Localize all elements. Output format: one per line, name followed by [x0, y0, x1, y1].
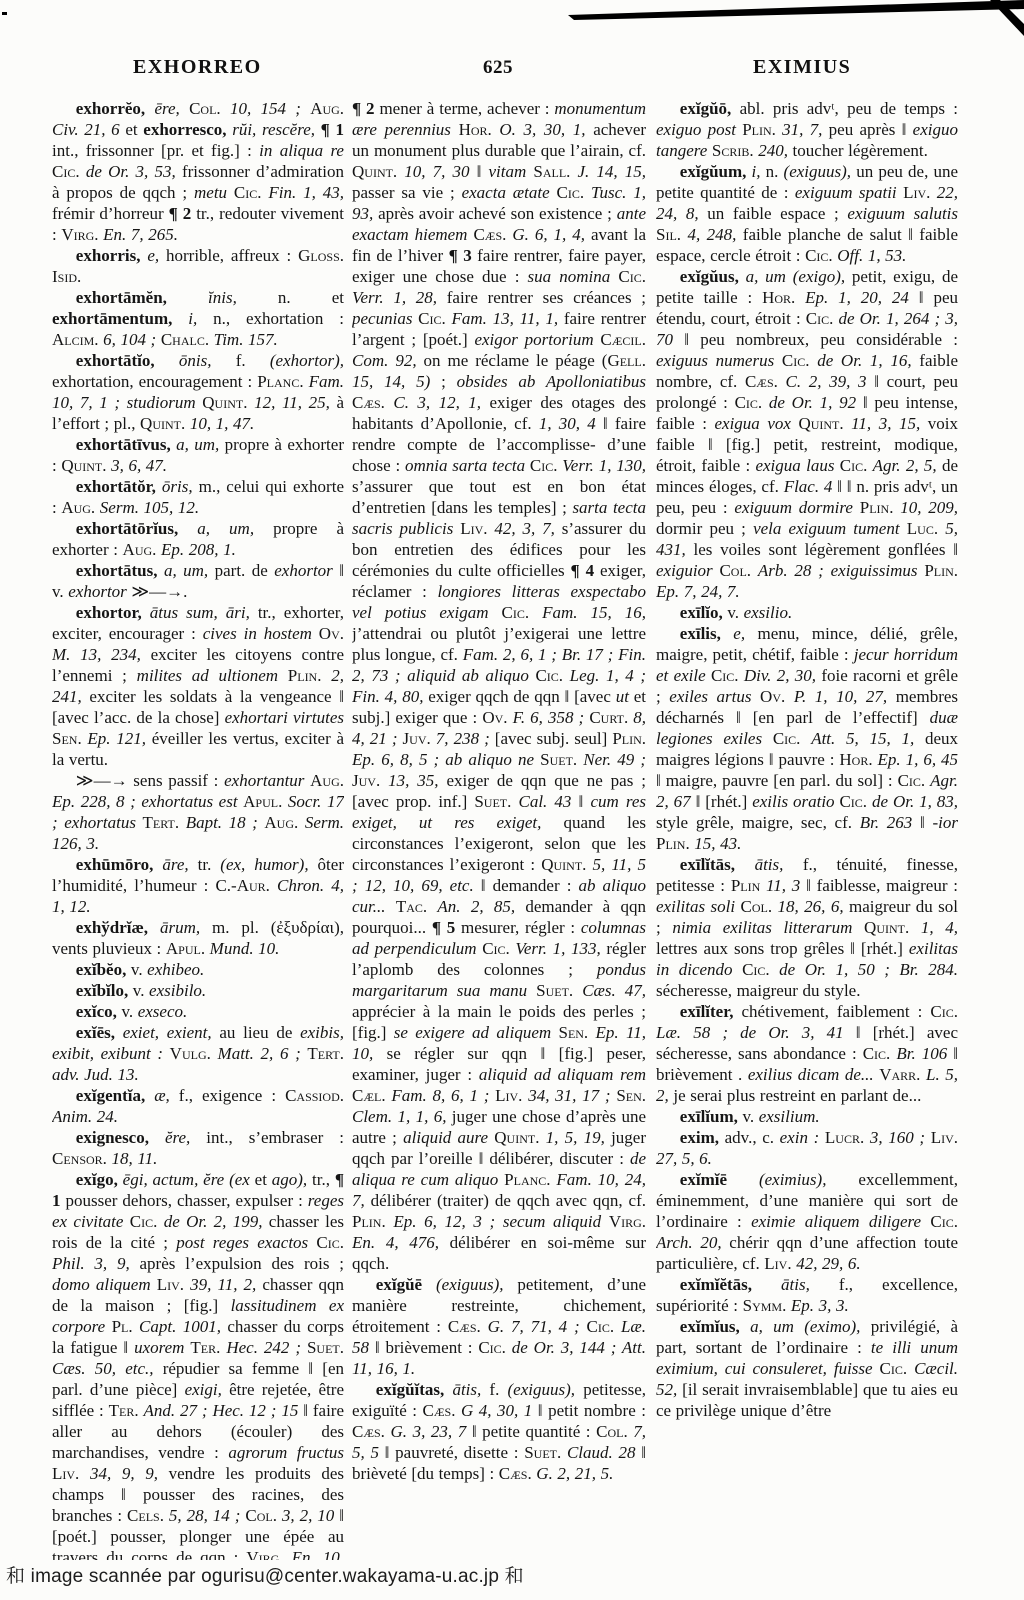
dictionary-entry: ¶ 2 mener à terme, achever : monumentum …	[352, 98, 646, 1274]
dictionary-entry: exīlĭtās, ātis, f., ténuité, finesse, pe…	[656, 854, 958, 1001]
page-number: 625	[462, 57, 534, 79]
dictionary-entry: exhortor, ātus sum, āri, tr., exhorter, …	[52, 602, 344, 770]
dictionary-entry: exĭgentĭa, æ, f., exigence : Cassiod. An…	[52, 1085, 344, 1127]
text-column-3: exĭgŭō, abl. pris advᵗ, peu de temps : e…	[656, 98, 958, 1560]
dictionary-entry: exhortātus, a, um, part. de exhortor ‖ v…	[52, 560, 344, 602]
dictionary-entry: exĭco, v. exseco.	[52, 1001, 344, 1022]
dictionary-entry: exīlĭum, v. exsilium.	[656, 1106, 958, 1127]
dictionary-entry: exhorris, e, horrible, affreux : Gloss. …	[52, 245, 344, 287]
running-head-right: EXIMIUS	[753, 56, 851, 79]
text-column-2: ¶ 2 mener à terme, achever : monumentum …	[352, 98, 646, 1560]
text-column-1: exhorrĕo, ēre, Col. 10, 154 ; Aug. Civ. …	[52, 98, 344, 1560]
dictionary-entry: exĭgŭĭtas, ātis, f. (exiguus), petitesse…	[352, 1379, 646, 1484]
dictionary-entry: exhortātīvus, a, um, propre à exhorter :…	[52, 434, 344, 476]
dictionary-entry: exhortātĭo, ōnis, f. (exhortor), exhorta…	[52, 350, 344, 434]
dictionary-entry: exhūmōro, āre, tr. (ex, humor), ôter l’h…	[52, 854, 344, 917]
dictionary-entry: exim, adv., c. exin : Lucr. 3, 160 ; Liv…	[656, 1127, 958, 1169]
dictionary-entry: exĭgo, ēgi, actum, ĕre (ex et ago), tr.,…	[52, 1169, 344, 1560]
dictionary-entry: exĭmĭē (eximius), excellemment, éminemme…	[656, 1169, 958, 1274]
dictionary-page: EXHORREO 625 EXIMIUS exhorrĕo, ēre, Col.…	[0, 0, 1024, 1600]
running-head-left: EXHORREO	[133, 56, 262, 79]
dictionary-entry: exĭgŭō, abl. pris advᵗ, peu de temps : e…	[656, 98, 958, 161]
dictionary-entry: exĭēs, exiet, exient, au lieu de exibis,…	[52, 1022, 344, 1085]
dictionary-entry: exhortātŏr, ōris, m., celui qui exhorte …	[52, 476, 344, 518]
dictionary-entry: exĭgŭus, a, um (exigo), petit, exigu, de…	[656, 266, 958, 602]
dictionary-entry: exĭbĭlo, v. exsibilo.	[52, 980, 344, 1001]
dictionary-entry: exĭmĭĕtās, ātis, f., excellence, supério…	[656, 1274, 958, 1316]
dictionary-entry: exĭgŭē (exiguus), petitement, d’une mani…	[352, 1274, 646, 1379]
dictionary-entry: ≫—→ sens passif : exhortantur Aug. Ep. 2…	[52, 770, 344, 854]
dictionary-entry: exīlis, e, menu, mince, délié, grêle, ma…	[656, 623, 958, 854]
dictionary-entry: exīlĭo, v. exsilio.	[656, 602, 958, 623]
dictionary-entry: exĭmĭus, a, um (eximo), privilégié, à pa…	[656, 1316, 958, 1421]
dictionary-entry: exignesco, ĕre, int., s’embraser : Censo…	[52, 1127, 344, 1169]
dictionary-entry: exĭgŭum, i, n. (exiguus), un peu de, une…	[656, 161, 958, 266]
scan-edge-artifact	[0, 0, 1024, 48]
dictionary-entry: exhўdrĭæ, ārum, m. pl. (ἐξυδρίαι), vents…	[52, 917, 344, 959]
dictionary-entry: exhortāmĕn, ĭnis, n. et exhortāmentum, i…	[52, 287, 344, 350]
scan-credit: 和 image scannée par ogurisu@center.wakay…	[6, 1561, 524, 1588]
dictionary-entry: exīlĭter, chétivement, faiblement : Cic.…	[656, 1001, 958, 1106]
dictionary-entry: exhortātōrĭus, a, um, propre à exhorter …	[52, 518, 344, 560]
dictionary-entry: exhorrĕo, ēre, Col. 10, 154 ; Aug. Civ. …	[52, 98, 344, 245]
dictionary-entry: exĭbĕo, v. exhibeo.	[52, 959, 344, 980]
